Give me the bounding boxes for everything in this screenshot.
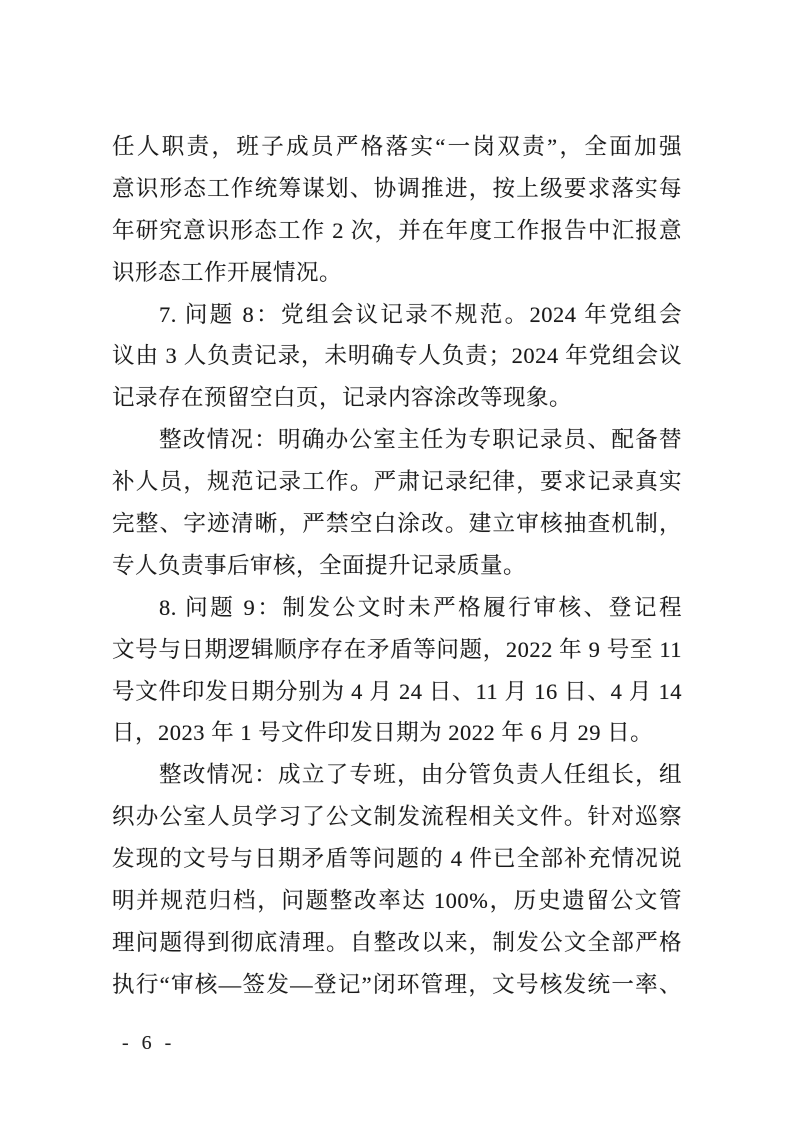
text-line: 专人负责事后审核，全面提升记录质量。 [112,545,682,587]
text-line: 织办公室人员学习了公文制发流程相关文件。针对巡察 [112,796,682,838]
text-line: 日，2023 年 1 号文件印发日期为 2022 年 6 月 29 日。 [112,712,682,754]
text-line: 7. 问题 8：党组会议记录不规范。2024 年党组会 [112,294,682,336]
text-line: 记录存在预留空白页，记录内容涂改等现象。 [112,377,682,419]
text-line: 号文件印发日期分别为 4 月 24 日、11 月 16 日、4 月 14 [112,671,682,713]
page-number: - 6 - [122,1032,175,1055]
text-line: 议由 3 人负责记录，未明确专人负责；2024 年党组会议 [112,335,682,377]
text-line: 任人职责，班子成员严格落实“一岗双责”，全面加强 [112,126,682,168]
document-text-block: 任人职责，班子成员严格落实“一岗双责”，全面加强 意识形态工作统筹谋划、协调推进… [112,126,682,1006]
text-line: 完整、字迹清晰，严禁空白涂改。建立审核抽查机制， [112,503,682,545]
document-page: 任人职责，班子成员严格落实“一岗双责”，全面加强 意识形态工作统筹谋划、协调推进… [0,0,793,1122]
text-line: 发现的文号与日期矛盾等问题的 4 件已全部补充情况说 [112,838,682,880]
text-line: 年研究意识形态工作 2 次，并在年度工作报告中汇报意 [112,210,682,252]
text-line: 意识形态工作统筹谋划、协调推进，按上级要求落实每 [112,168,682,210]
text-line: 补人员，规范记录工作。严肃记录纪律，要求记录真实 [112,461,682,503]
text-line: 明并规范归档，问题整改率达 100%，历史遗留公文管 [112,880,682,922]
text-line: 识形态工作开展情况。 [112,252,682,294]
text-line: 文号与日期逻辑顺序存在矛盾等问题，2022 年 9 号至 11 [112,629,682,671]
text-line: 整改情况：成立了专班，由分管负责人任组长，组 [112,754,682,796]
text-line: 8. 问题 9：制发公文时未严格履行审核、登记程序。 [112,587,682,629]
text-line: 理问题得到彻底清理。自整改以来，制发公文全部严格 [112,922,682,964]
text-line: 整改情况：明确办公室主任为专职记录员、配备替 [112,419,682,461]
text-line: 执行“审核—签发—登记”闭环管理，文号核发统一率、 [112,964,682,1006]
